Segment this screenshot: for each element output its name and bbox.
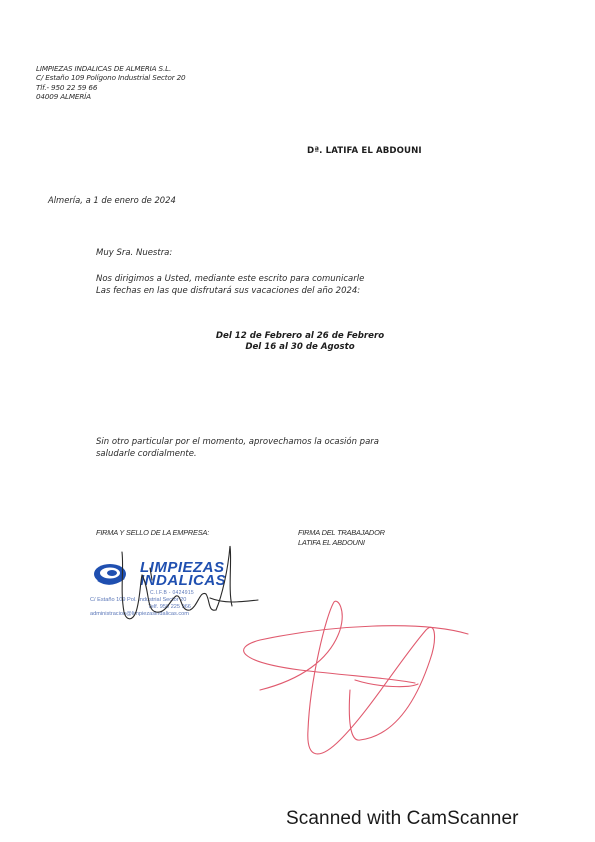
worker-signature-icon	[244, 601, 468, 754]
signatures-layer	[0, 0, 595, 842]
company-signature-icon	[122, 546, 258, 619]
camscanner-watermark: Scanned with CamScanner	[286, 808, 519, 830]
